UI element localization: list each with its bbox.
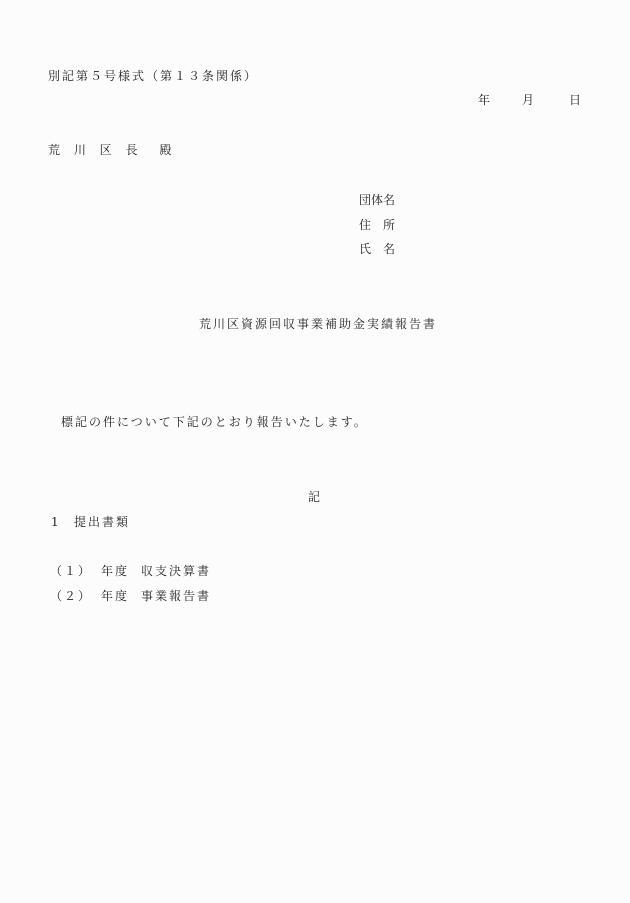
date-day-label: 日	[569, 93, 581, 107]
item-year-label: 年度	[101, 564, 129, 578]
item-number: （１）	[50, 564, 92, 578]
section-1-number: 1	[51, 515, 59, 529]
item-number: （２）	[50, 589, 92, 603]
body-text: 標記の件について下記のとおり報告いたします。	[61, 415, 368, 429]
item-label: 収支決算書	[141, 564, 211, 578]
form-number: 別記第５号様式（第１３条関係）	[48, 69, 258, 83]
note-heading: 記	[308, 490, 320, 504]
document-title: 荒川区資源回収事業補助金実績報告書	[199, 317, 437, 331]
addressee: 荒 川 区 長 殿	[48, 143, 176, 157]
date-month-label: 月	[522, 93, 534, 107]
item-year-label: 年度	[101, 589, 129, 603]
address-label: 住 所	[359, 218, 395, 232]
date-year-label: 年	[478, 93, 490, 107]
item-label: 事業報告書	[141, 589, 211, 603]
section-1-label: 提出書類	[74, 515, 130, 529]
group-name-label: 団体名	[359, 193, 395, 207]
name-label: 氏 名	[359, 242, 395, 256]
